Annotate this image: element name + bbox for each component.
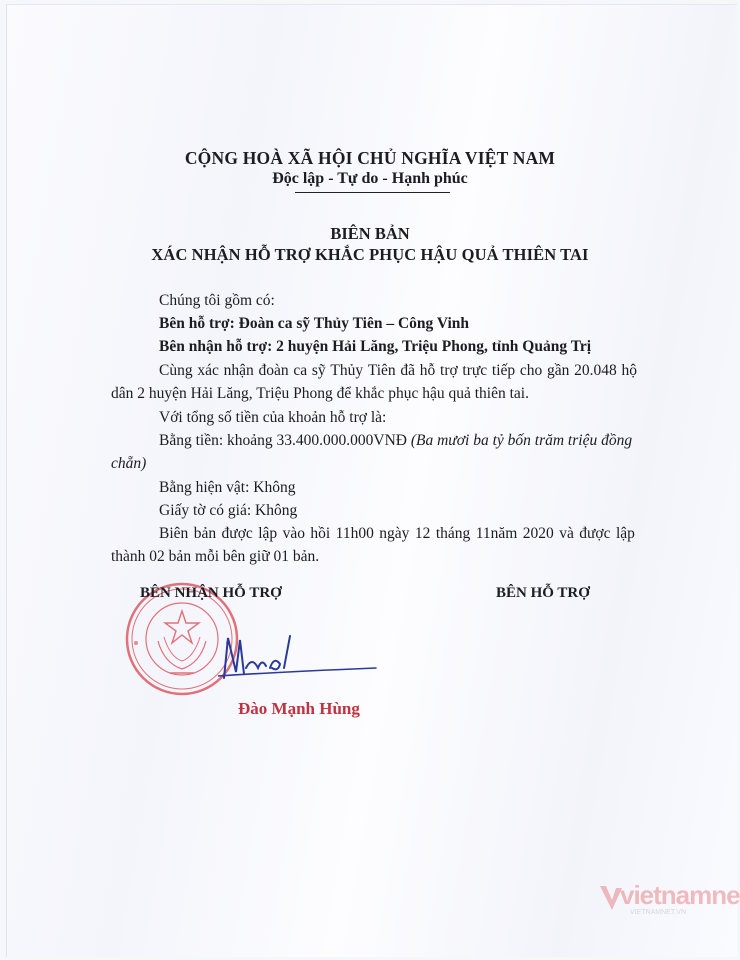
valuable-papers-line: Giấy tờ có giá: Không [159, 502, 297, 520]
document-subtitle: XÁC NHẬN HỖ TRỢ KHẮC PHỤC HẬU QUẢ THIÊN … [0, 245, 740, 265]
document-page [6, 4, 737, 957]
word: đã [400, 362, 415, 380]
word: 11h00 [336, 525, 374, 543]
word: hộ [622, 362, 638, 380]
national-title: CỘNG HOÀ XÃ HỘI CHỦ NGHĨA VIỆT NAM [0, 148, 740, 169]
motto-underline [295, 192, 450, 193]
word: bản [194, 525, 216, 543]
total-intro-line: Với tổng số tiền của khoản hỗ trợ là: [159, 409, 386, 427]
word: Cùng [159, 362, 193, 380]
word: gần [547, 362, 569, 380]
cash-words-continued: chẵn) [111, 455, 146, 473]
national-motto: Độc lập - Tự do - Hạnh phúc [0, 170, 740, 188]
recipient-signer-name: Đào Mạnh Hùng [238, 699, 360, 719]
word: đoàn [258, 362, 288, 380]
closing-line-2: thành 02 bản mỗi bên giữ 01 bản. [111, 548, 319, 566]
intro-line: Chúng tôi gồm có: [159, 292, 275, 310]
word: tiếp [492, 362, 515, 380]
word: vào [283, 525, 305, 543]
cash-line: Bằng tiền: khoảng 33.400.000.000VNĐ (Ba … [159, 432, 632, 450]
cash-amount-words: (Ba mươi ba tỷ bốn trăm triệu đồng [411, 432, 632, 449]
watermark-url: VIETNAMNET.VN [630, 909, 686, 916]
word: 2020 [523, 525, 554, 543]
in-kind-line: Bằng hiện vật: Không [159, 479, 295, 497]
word: trợ [440, 362, 458, 380]
word: được [222, 525, 253, 543]
confirm-line-2: dân 2 huyện Hải Lăng, Triệu Phong để khắ… [111, 385, 529, 403]
word: tháng [436, 525, 470, 543]
word: xác [197, 362, 219, 380]
word: Biên [159, 525, 188, 543]
vietnamnet-watermark: vietnamnet VIETNAMNET.VN [600, 880, 730, 920]
word: hồi [310, 525, 330, 543]
word: 20.048 [574, 362, 617, 380]
closing-line-1: Biênbảnđượclậpvàohồi11h00ngày12tháng11nă… [159, 525, 635, 543]
word: ca [293, 362, 307, 380]
word: ngày [379, 525, 409, 543]
word: 12 [415, 525, 431, 543]
word: Tiên [368, 362, 396, 380]
supporter-signature-label: BÊN HỖ TRỢ [496, 585, 590, 602]
recipient-line: Bên nhận hỗ trợ: 2 huyện Hải Lăng, Triệu… [159, 338, 591, 356]
confirm-line-1: CùngxácnhậnđoàncasỹThủyTiênđãhỗtrợtrựcti… [159, 362, 637, 380]
cash-amount: Bằng tiền: khoảng 33.400.000.000VNĐ [159, 432, 411, 449]
word: sỹ [312, 362, 326, 380]
word: được [579, 525, 610, 543]
word: trực [462, 362, 487, 380]
word: Thủy [330, 362, 363, 380]
document-title: BIÊN BẢN [0, 224, 740, 244]
word: lập [616, 525, 635, 543]
watermark-brand: vietnamnet [620, 880, 740, 911]
word: hỗ [420, 362, 436, 380]
word: nhận [224, 362, 254, 380]
recipient-signature-label: BÊN NHẬN HỖ TRỢ [140, 585, 282, 602]
word: 11năm [476, 525, 518, 543]
word: lập [258, 525, 277, 543]
handwritten-signature-icon [218, 628, 378, 688]
word: và [559, 525, 574, 543]
word: cho [520, 362, 542, 380]
supporter-line: Bên hỗ trợ: Đoàn ca sỹ Thủy Tiên – Công … [159, 315, 469, 333]
